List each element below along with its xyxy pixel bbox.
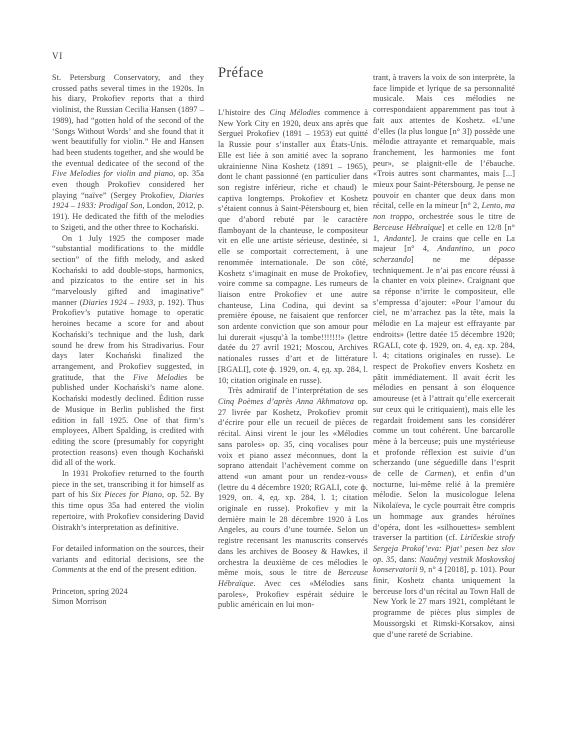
english-column-text: St. Petersburg Conservatory, and they cr…	[52, 73, 204, 576]
french-column-1-text: L’histoire des Cinq Mélodies commence à …	[218, 108, 368, 611]
page-number: VI	[52, 51, 63, 61]
paragraph: In 1931 Prokofiev returned to the fourth…	[52, 469, 204, 533]
paragraph: Très admiratif de l’interprétation de se…	[218, 386, 368, 611]
paragraph: St. Petersburg Conservatory, and they cr…	[52, 73, 204, 234]
preface-heading: Préface	[218, 66, 368, 81]
french-column-2: trant, à travers la voix de son interprè…	[373, 73, 515, 640]
english-column: St. Petersburg Conservatory, and they cr…	[52, 73, 204, 608]
signoff-block: Princeton, spring 2024 Simon Morrison	[52, 587, 204, 608]
paragraph: trant, à travers la voix de son interprè…	[373, 73, 515, 640]
book-page: VI St. Petersburg Conservatory, and they…	[0, 0, 569, 750]
french-column-1: Préface L’histoire des Cinq Mélodies com…	[218, 66, 368, 611]
signoff-author: Simon Morrison	[52, 597, 204, 608]
signoff-place-date: Princeton, spring 2024	[52, 587, 204, 598]
paragraph: L’histoire des Cinq Mélodies commence à …	[218, 108, 368, 386]
french-column-2-text: trant, à travers la voix de son interprè…	[373, 73, 515, 640]
paragraph: On 1 July 1925 the composer made “substa…	[52, 234, 204, 469]
paragraph: For detailed information on the sources,…	[52, 544, 204, 576]
